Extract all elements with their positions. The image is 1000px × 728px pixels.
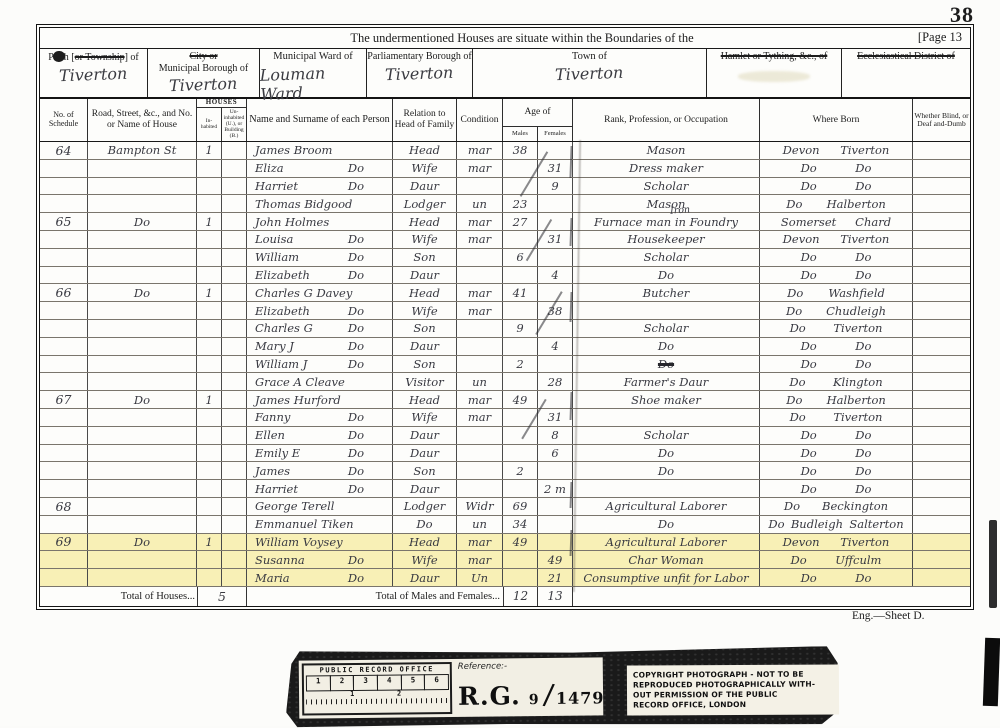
cell-cond: mar (457, 142, 503, 159)
cell-occ: Dress maker (573, 160, 760, 177)
cell-s (40, 409, 88, 426)
ruler-cell: 4 (377, 675, 402, 691)
cell-occ: Do (573, 516, 760, 533)
cell-cond (457, 249, 503, 266)
cell-occ: Mason (573, 142, 760, 159)
cell-m (503, 178, 538, 195)
table-row: Mary JDoDaur4DoDoDo (40, 338, 970, 356)
cell-born: DoTiverton (760, 320, 913, 337)
cell-cond (457, 445, 503, 462)
cell-infirm (913, 178, 970, 195)
cell-rel: Wife (393, 409, 457, 426)
cell-cond: mar (457, 284, 503, 301)
table-row: HarrietDoDaur2 mDoDo (40, 480, 970, 498)
hamlet-label: Hamlet or Tything, &c., of (721, 51, 828, 63)
cell-road (88, 249, 197, 266)
ruler-scale-bottom: 1 2 (306, 691, 448, 704)
cell-cond: mar (457, 391, 503, 408)
cell-name: Charles GDo (247, 320, 393, 337)
cell-road (88, 445, 197, 462)
cell-born: DoDo (760, 462, 913, 479)
cell-cond: un (457, 516, 503, 533)
eng-sheet-label: Eng.—Sheet D. (852, 610, 925, 622)
totals-row: Total of Houses... 5 Total of Males and … (40, 587, 970, 606)
cell-occ: Scholar (573, 320, 760, 337)
cell-infirm (913, 267, 970, 284)
census-table: The undermentioned Houses are situate wi… (36, 24, 974, 610)
cell-born: DoChudleigh (760, 302, 913, 319)
table-row: ElizabethDoDaur4DoDoDo (40, 267, 970, 285)
cell-f: 6 (538, 445, 573, 462)
cell-rel: Daur (393, 267, 457, 284)
table-row: ElizaDoWifemar31Dress makerDoDo (40, 160, 970, 178)
cell-uninh (222, 409, 247, 426)
cell-occ: Agricultural Laborer (573, 534, 760, 551)
cell-rel: Wife (393, 160, 457, 177)
cell-name: SusannaDo (247, 551, 393, 568)
cell-uninh (222, 551, 247, 568)
cell-infirm (913, 498, 970, 515)
ecclesiastical-label: Ecclesiastical District of (857, 51, 955, 63)
cell-infirm (913, 284, 970, 301)
cell-name: George Terell (247, 498, 393, 515)
cell-name: Thomas Bidgood (247, 195, 393, 212)
col-born: Where Born (760, 99, 913, 141)
total-males-value: 12 (503, 587, 538, 606)
cell-name: ElizabethDo (247, 267, 393, 284)
cell-rel: Daur (393, 427, 457, 444)
cell-s (40, 320, 88, 337)
locality-header-row: Ph [or Township] of Tiverton City or Mun… (40, 49, 970, 99)
cell-name: ElizabethDo (247, 302, 393, 319)
cell-s (40, 445, 88, 462)
cell-infirm (913, 142, 970, 159)
col-age: Age of Males Females (503, 99, 573, 141)
cell-uninh (222, 249, 247, 266)
cell-rel: Lodger (393, 195, 457, 212)
cell-occ (573, 302, 760, 319)
cell-occ: Housekeeper (573, 231, 760, 248)
cell-occ: Do (573, 356, 760, 373)
cell-m (503, 373, 538, 390)
cell-s (40, 178, 88, 195)
table-row: JamesDoSon2DoDoDo (40, 462, 970, 480)
ward-label: Municipal Ward of (273, 51, 352, 63)
cell-rel: Daur (393, 338, 457, 355)
cell-rel: Head (393, 213, 457, 230)
cell-road: Bampton St (88, 142, 197, 159)
cell-name: John Holmes (247, 213, 393, 230)
cell-uninh (222, 160, 247, 177)
cell-rel: Head (393, 534, 457, 551)
table-row: SusannaDoWifemar49Char WomanDoUffculm (40, 551, 970, 569)
cell-cond: mar (457, 409, 503, 426)
cell-inh (197, 516, 222, 533)
table-row: 65Do1John HolmesHeadmar27Furnace man in … (40, 213, 970, 231)
cell-uninh (222, 427, 247, 444)
cell-inh (197, 445, 222, 462)
cell-s (40, 302, 88, 319)
record-office-card: PUBLIC RECORD OFFICE 123456 1 2 Referenc… (299, 657, 604, 718)
cell-m (503, 302, 538, 319)
cell-m: 49 (503, 391, 538, 408)
cell-inh (197, 498, 222, 515)
table-row: Thomas BidgoodLodgerun23MasonDoHalberton (40, 195, 970, 213)
cell-s (40, 249, 88, 266)
cell-m (503, 427, 538, 444)
table-row: Grace A CleaveVisitorun28Farmer's DaurDo… (40, 373, 970, 391)
town-label: Town of (572, 51, 607, 63)
cell-cond (457, 267, 503, 284)
cell-born: DoDo (760, 267, 913, 284)
cell-f (538, 534, 573, 551)
cell-occ: Agricultural Laborer (573, 498, 760, 515)
ruler-cell: 5 (401, 674, 426, 690)
photo-edge-artifact (989, 520, 997, 608)
cell-occ (573, 480, 760, 497)
cell-born: DevonTiverton (760, 231, 913, 248)
cell-rel: Lodger (393, 498, 457, 515)
table-row: Emily EDoDaur6DoDoDo (40, 445, 970, 463)
cell-born: DoKlington (760, 373, 913, 390)
cell-rel: Son (393, 462, 457, 479)
cell-rel: Daur (393, 445, 457, 462)
cell-m (503, 569, 538, 586)
borough-value: Tiverton (169, 74, 238, 95)
cell-inh: 1 (197, 284, 222, 301)
cell-born: DoHalberton (760, 391, 913, 408)
cell-cond (457, 178, 503, 195)
page-label: [Page 13 (918, 30, 962, 45)
cell-f: 8 (538, 427, 573, 444)
cell-born: DoDo (760, 569, 913, 586)
cell-infirm (913, 462, 970, 479)
reference-number: R.G. 9 / 1479 (458, 677, 605, 712)
cell-rel: Son (393, 249, 457, 266)
cell-inh (197, 551, 222, 568)
parish-value: Tiverton (59, 63, 128, 84)
cell-road (88, 498, 197, 515)
cell-infirm (913, 195, 970, 212)
cell-m: 23 (503, 195, 538, 212)
table-row: EllenDoDaur8ScholarDoDo (40, 427, 970, 445)
table-row: ElizabethDoWifemar38DoChudleigh (40, 302, 970, 320)
cell-uninh (222, 213, 247, 230)
locality-parish: Ph [or Township] of Tiverton (40, 49, 148, 97)
cell-cond (457, 480, 503, 497)
table-row: Charles GDoSon9ScholarDoTiverton (40, 320, 970, 338)
cell-rel: Son (393, 320, 457, 337)
col-inhabited: In-habited (197, 108, 222, 141)
cell-born: DoDo (760, 160, 913, 177)
cell-uninh (222, 445, 247, 462)
ruler-cell: 6 (424, 674, 449, 690)
cell-born: DoDo (760, 249, 913, 266)
cell-rel: Wife (393, 302, 457, 319)
census-scan-page: 38 The undermentioned Houses are situate… (0, 0, 1000, 726)
cell-m (503, 480, 538, 497)
census-rows: 64Bampton St1James BroomHeadmar38MasonDe… (40, 142, 970, 587)
cell-road (88, 320, 197, 337)
cell-infirm (913, 427, 970, 444)
cell-uninh (222, 267, 247, 284)
cell-born: DoUffculm (760, 551, 913, 568)
cell-uninh (222, 516, 247, 533)
cell-uninh (222, 178, 247, 195)
cell-occ: Butcher (573, 284, 760, 301)
ruler-cell: 3 (353, 675, 378, 691)
cell-infirm (913, 551, 970, 568)
col-name: Name and Surname of each Person (247, 99, 393, 141)
cell-f: 38 (538, 302, 573, 319)
ward-value: Louman Ward (259, 62, 366, 104)
cell-uninh (222, 356, 247, 373)
cell-name: MariaDo (247, 569, 393, 586)
cell-road (88, 160, 197, 177)
cell-born: DoDo (760, 427, 913, 444)
cell-road: Do (88, 213, 197, 230)
cell-cond: Widr (457, 498, 503, 515)
table-row: William JDoSon2DoDoDo (40, 356, 970, 374)
cell-born: DoWashfield (760, 284, 913, 301)
cell-s (40, 462, 88, 479)
cell-m: 9 (503, 320, 538, 337)
cell-road (88, 231, 197, 248)
copyright-line: REPRODUCED PHOTOGRAPHICALLY WITH- (633, 680, 833, 691)
cell-m: 2 (503, 356, 538, 373)
cell-infirm (913, 445, 970, 462)
cell-infirm (913, 373, 970, 390)
cell-rel: Wife (393, 551, 457, 568)
table-row: 67Do1James HurfordHeadmar49Shoe makerDoH… (40, 391, 970, 409)
cell-s (40, 569, 88, 586)
cell-s: 69 (40, 534, 88, 551)
cell-uninh (222, 284, 247, 301)
pro-ruler-title: PUBLIC RECORD OFFICE (306, 665, 448, 674)
cell-m: 2 (503, 462, 538, 479)
cell-name: EllenDo (247, 427, 393, 444)
copyright-line: RECORD OFFICE, LONDON (633, 700, 833, 711)
cell-inh (197, 427, 222, 444)
cell-occ (573, 409, 760, 426)
cell-occ: Do (573, 462, 760, 479)
cell-inh (197, 480, 222, 497)
cell-infirm (913, 409, 970, 426)
cell-s (40, 338, 88, 355)
cell-road (88, 178, 197, 195)
cell-occ: Scholar (573, 427, 760, 444)
cell-born: DoDo (760, 178, 913, 195)
cell-uninh (222, 142, 247, 159)
cell-f: 4 (538, 338, 573, 355)
pro-ruler: PUBLIC RECORD OFFICE 123456 1 2 (302, 662, 453, 716)
cell-infirm (913, 338, 970, 355)
cell-m: 27 (503, 213, 538, 230)
cell-rel: Head (393, 284, 457, 301)
cell-inh (197, 373, 222, 390)
cell-infirm (913, 356, 970, 373)
locality-borough: City or Municipal Borough of Tiverton (148, 49, 260, 97)
cell-born: SomersetChard (760, 213, 913, 230)
cell-s: 68 (40, 498, 88, 515)
cell-f (538, 195, 573, 212)
cell-s (40, 160, 88, 177)
cell-inh (197, 302, 222, 319)
cell-occ: Do (573, 267, 760, 284)
cell-f: 31 (538, 409, 573, 426)
cell-s: 64 (40, 142, 88, 159)
cell-uninh (222, 320, 247, 337)
cell-m: 38 (503, 142, 538, 159)
col-infirm: Whether Blind, or Deaf and-Dumb (913, 99, 970, 141)
cell-born: DoBudleighSalterton (760, 516, 913, 533)
cell-road (88, 302, 197, 319)
cell-road (88, 267, 197, 284)
age-group-label: Age of (524, 99, 550, 126)
reference-slash: / (542, 678, 556, 712)
cell-s: 65 (40, 213, 88, 230)
cell-m (503, 231, 538, 248)
cell-cond: mar (457, 213, 503, 230)
cell-uninh (222, 373, 247, 390)
total-houses-value: 5 (197, 587, 247, 606)
cell-name: Grace A Cleave (247, 373, 393, 390)
cell-s (40, 231, 88, 248)
locality-hamlet: Hamlet or Tything, &c., of (707, 49, 842, 97)
col-occupation: Rank, Profession, or Occupation (573, 99, 760, 141)
cell-f: 9 (538, 178, 573, 195)
cell-road (88, 356, 197, 373)
col-schedule: No. of Schedule (40, 99, 88, 141)
title-row: The undermentioned Houses are situate wi… (40, 28, 970, 49)
cell-born: DevonTiverton (760, 534, 913, 551)
table-row: Emmanuel TikenDoun34DoDoBudleighSalterto… (40, 516, 970, 534)
cell-cond: mar (457, 302, 503, 319)
col-females: Females (538, 127, 572, 141)
cell-road (88, 427, 197, 444)
cell-infirm (913, 391, 970, 408)
cell-inh (197, 320, 222, 337)
col-condition: Condition (457, 99, 503, 141)
cell-inh: 1 (197, 391, 222, 408)
cell-name: William JDo (247, 356, 393, 373)
cell-m (503, 551, 538, 568)
cell-cond: mar (457, 160, 503, 177)
cell-occ: Do (573, 338, 760, 355)
cell-m: 41 (503, 284, 538, 301)
cell-uninh (222, 302, 247, 319)
total-houses-label: Total of Houses... (40, 587, 197, 606)
cell-s (40, 267, 88, 284)
cell-occ: Furnace man in FoundryIron (573, 213, 760, 230)
cell-name: ElizaDo (247, 160, 393, 177)
cell-m (503, 338, 538, 355)
ruler-cell: 2 (330, 675, 355, 691)
inserted-word: Iron (669, 204, 690, 216)
cell-born: DoDo (760, 338, 913, 355)
cell-s (40, 516, 88, 533)
cell-uninh (222, 231, 247, 248)
cell-name: Emmanuel Tiken (247, 516, 393, 533)
town-value: Tiverton (555, 63, 624, 84)
cell-infirm (913, 302, 970, 319)
cell-infirm (913, 320, 970, 337)
cell-rel: Head (393, 391, 457, 408)
cell-uninh (222, 338, 247, 355)
cell-f: 28 (538, 373, 573, 390)
cell-road (88, 409, 197, 426)
cell-inh (197, 249, 222, 266)
cell-road (88, 462, 197, 479)
cell-name: Emily EDo (247, 445, 393, 462)
reference-volume: 9 (529, 692, 539, 708)
cell-f: 31 (538, 160, 573, 177)
cell-road: Do (88, 284, 197, 301)
cell-cond (457, 356, 503, 373)
cell-m: 49 (503, 534, 538, 551)
cell-m (503, 267, 538, 284)
cell-f: 21 (538, 569, 573, 586)
cell-uninh (222, 498, 247, 515)
cell-inh (197, 409, 222, 426)
table-row: 69Do1William VoyseyHeadmar49Agricultural… (40, 534, 970, 552)
cell-road (88, 338, 197, 355)
cell-road (88, 569, 197, 586)
cell-rel: Do (393, 516, 457, 533)
locality-town: Town of Tiverton (473, 49, 707, 97)
cell-occ: Mason (573, 195, 760, 212)
cell-f: 4 (538, 267, 573, 284)
cell-s (40, 551, 88, 568)
col-relation: Relation to Head of Family (393, 99, 457, 141)
boundary-title: The undermentioned Houses are situate wi… (350, 31, 693, 46)
cell-rel: Head (393, 142, 457, 159)
copyright-card: COPYRIGHT PHOTOGRAPH - NOT TO BEREPRODUC… (627, 664, 839, 715)
cell-f (538, 462, 573, 479)
table-row: FannyDoWifemar31DoTiverton (40, 409, 970, 427)
cell-inh: 1 (197, 534, 222, 551)
cell-occ: Consumptive unfit for Labor (573, 569, 760, 586)
table-row: 68George TerellLodgerWidr69Agricultural … (40, 498, 970, 516)
cell-name: James Hurford (247, 391, 393, 408)
cell-f: 49 (538, 551, 573, 568)
cell-rel: Daur (393, 480, 457, 497)
cell-born: DoBeckington (760, 498, 913, 515)
total-mf-label: Total of Males and Females... (247, 587, 503, 606)
cell-road (88, 195, 197, 212)
cell-uninh (222, 462, 247, 479)
photo-edge-artifact (983, 638, 1000, 706)
reference-series: R.G. (458, 681, 521, 711)
cell-rel: Visitor (393, 373, 457, 390)
table-row: LouisaDoWifemar31HousekeeperDevonTiverto… (40, 231, 970, 249)
cell-occ: Shoe maker (573, 391, 760, 408)
cell-cond: mar (457, 551, 503, 568)
cell-occ: Scholar (573, 178, 760, 195)
cell-f (538, 356, 573, 373)
cell-inh (197, 569, 222, 586)
cell-cond: un (457, 373, 503, 390)
locality-ecclesiastical: Ecclesiastical District of (842, 49, 970, 97)
cell-name: WilliamDo (247, 249, 393, 266)
cell-name: LouisaDo (247, 231, 393, 248)
col-uninhabited: Un-inhabited (U.), or Building (B.) (222, 108, 246, 141)
cell-inh: 1 (197, 213, 222, 230)
parl-borough-label: Parliamentary Borough of (367, 51, 471, 63)
cell-inh (197, 178, 222, 195)
cell-name: James Broom (247, 142, 393, 159)
cell-road: Do (88, 534, 197, 551)
